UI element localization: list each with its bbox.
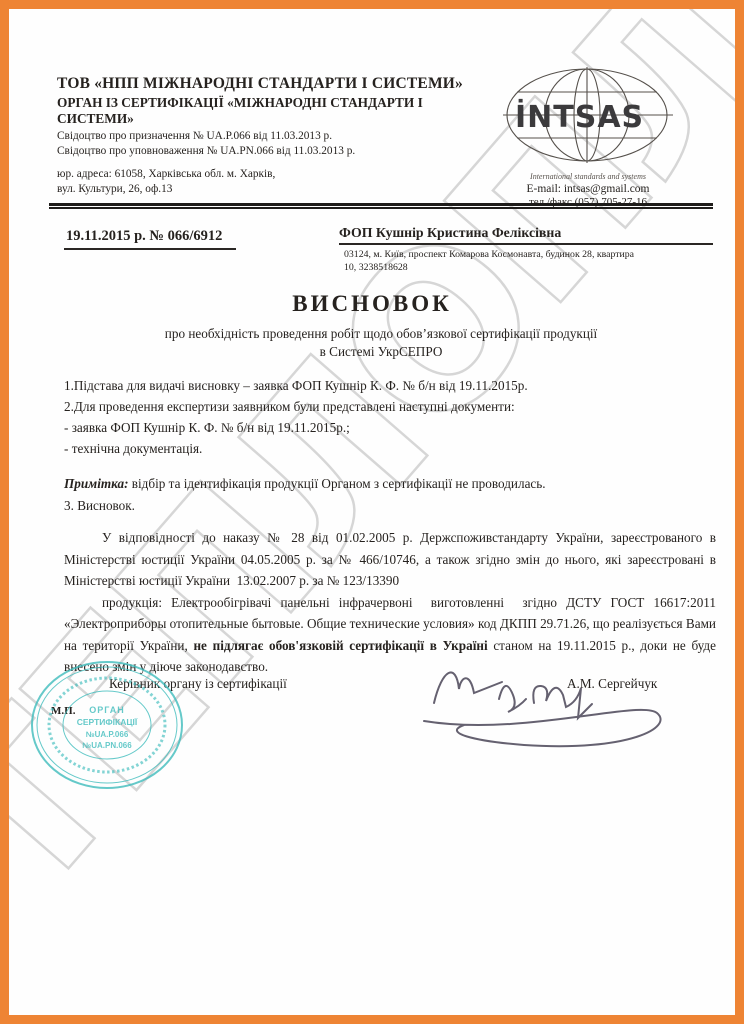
certification-body-name: ОРГАН ІЗ СЕРТИФІКАЦІЇ «МІЖНАРОДНІ СТАНДА… — [57, 95, 497, 127]
note-text: відбір та ідентифікація продукції Органо… — [128, 476, 545, 491]
recipient-address-line-1: 03124, м. Київ, проспект Комарова Космон… — [344, 248, 713, 261]
legal-address: юр. адреса: 61058, Харківська обл. м. Ха… — [57, 167, 275, 197]
company-name: ТОВ «НПП МІЖНАРОДНІ СТАНДАРТИ І СИСТЕМИ» — [57, 75, 497, 93]
basis-item-1: 1.Підстава для видачі висновку – заявка … — [64, 375, 716, 396]
document-item-1: - заявка ФОП Кушнір К. Ф. № б/н від 19.1… — [64, 417, 716, 438]
letterhead: ТОВ «НПП МІЖНАРОДНІ СТАНДАРТИ І СИСТЕМИ»… — [57, 75, 497, 157]
globe-logo-icon: İNTSAS — [503, 65, 673, 165]
recipient-block: ФОП Кушнір Кристина Феліксівна 03124, м.… — [339, 225, 713, 274]
legal-address-line-2: вул. Культури, 26, оф.13 — [57, 182, 275, 197]
stamp-line-4: №UA.PN.066 — [82, 741, 132, 750]
note-row: Примітка: відбір та ідентифікація продук… — [64, 476, 716, 492]
subtitle-line-1: про необхідність проведення робіт щодо о… — [49, 325, 713, 343]
paragraph-order-reference: У відповідності до наказу № 28 від 01.02… — [64, 527, 716, 592]
intsas-logo-block: İNTSAS International standards and syste… — [499, 65, 677, 208]
logo-tagline: International standards and systems — [499, 172, 677, 181]
logo-wordmark: İNTSAS — [515, 99, 644, 135]
basis-section: 1.Підстава для видачі висновку – заявка … — [64, 375, 716, 459]
subtitle-line-2: в Системі УкрСЕПРО — [49, 343, 713, 361]
recipient-name: ФОП Кушнір Кристина Феліксівна — [339, 225, 713, 245]
stamp-line-2: СЕРТИФІКАЦІЇ — [77, 717, 138, 727]
certificate-line-2: Свідоцтво про уповноваження № UA.PN.066 … — [57, 145, 497, 157]
note-label: Примітка: — [64, 476, 128, 491]
stamp-line-1: ОРГАН — [89, 705, 125, 715]
certificate-line-1: Свідоцтво про призначення № UA.P.066 від… — [57, 130, 497, 142]
basis-item-2: 2.Для проведення експертизи заявником бу… — [64, 396, 716, 417]
document-title: ВИСНОВОК — [9, 291, 735, 317]
document-item-2: - технічна документація. — [64, 438, 716, 459]
legal-address-line-1: юр. адреса: 61058, Харківська обл. м. Ха… — [57, 167, 275, 182]
logo-email: E-mail: intsas@gmail.com — [499, 183, 677, 195]
document-subtitle: про необхідність проведення робіт щодо о… — [49, 325, 713, 361]
recipient-address: 03124, м. Київ, проспект Комарова Космон… — [339, 248, 713, 274]
document-content: ТОВ «НПП МІЖНАРОДНІ СТАНДАРТИ І СИСТЕМИ»… — [9, 9, 735, 1015]
handwritten-signature — [402, 647, 677, 792]
document-page: ТЕПЛОПЛАЗА ТОВ «НПП МІЖНАРОДНІ СТАНДАРТИ… — [0, 0, 744, 1024]
stamp-line-3: №UA.P.066 — [86, 730, 129, 739]
recipient-address-line-2: 10, 3238518628 — [344, 261, 713, 274]
conclusion-heading: 3. Висновок. — [64, 498, 135, 514]
outgoing-date-number: 19.11.2015 р. № 066/6912 — [64, 228, 236, 250]
certification-stamp: ОРГАН СЕРТИФІКАЦІЇ №UA.P.066 №UA.PN.066 — [29, 659, 185, 793]
header-divider — [49, 203, 713, 209]
